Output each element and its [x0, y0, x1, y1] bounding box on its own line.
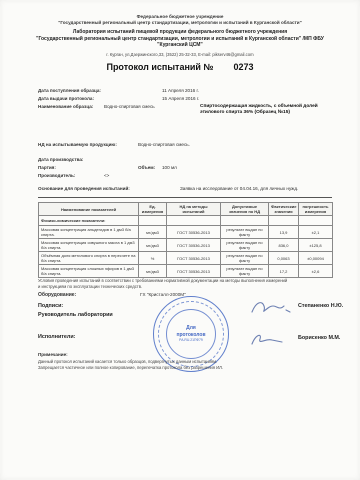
sample-name-value: Водно-спиртовая смесь — [104, 104, 155, 110]
col-header-method: НД на методы испытаний — [167, 203, 221, 216]
unit-cell: мг/дм3 — [139, 239, 167, 252]
method-cell: ГОСТ 30536-2013 — [167, 265, 221, 278]
row-date-issued: Дата выдачи протокола: 15 Апреля 2016 г. — [38, 96, 336, 104]
actual-cell: 0,0063 — [269, 252, 299, 265]
note-block: Примечание: Данный протокол испытаний ка… — [38, 352, 336, 371]
empty-cell — [269, 216, 299, 226]
method-cell: ГОСТ 30536-2013 — [167, 226, 221, 239]
volume-label: Объем: — [138, 165, 155, 171]
equipment-label: Оборудование: — [38, 292, 76, 298]
executor-signature — [246, 330, 290, 348]
allowed-cell: результат выдан по факту — [221, 265, 269, 278]
error-cell: ±0,00094 — [299, 252, 333, 265]
empty-cell — [167, 216, 221, 226]
head-name: Степаненко Н.Ю. — [298, 303, 343, 309]
batch-label: Партия: — [38, 165, 56, 171]
document-title: Протокол испытаний № 0273 — [20, 62, 340, 72]
org-line-4: "Государственный региональный центр стан… — [30, 36, 330, 49]
date-issued-label: Дата выдачи протокола: — [38, 96, 94, 102]
error-cell: ±2,6 — [299, 265, 333, 278]
col-header-actual: Фактические значения — [269, 203, 299, 216]
divider-line — [38, 197, 332, 198]
protocol-document: Федеральное бюджетное учреждение "Госуда… — [0, 0, 360, 480]
title-text: Протокол испытаний № — [106, 62, 213, 72]
method-cell: ГОСТ 30536-2013 — [167, 239, 221, 252]
unit-cell: % — [139, 252, 167, 265]
sample-info: Дата поступления образца: 11 Апреля 2016… — [38, 88, 336, 209]
row-production-date: Дата производства: — [38, 157, 336, 165]
nd-value: Водно-спиртовая смесь. — [138, 142, 190, 148]
col-header-allowed: Допустимые значения по НД — [221, 203, 269, 216]
head-signature — [248, 298, 294, 316]
manufacturer-label: Производитель: — [38, 173, 75, 179]
volume-value: 100 мл — [162, 165, 177, 171]
row-manufacturer: Производитель: <> — [38, 173, 336, 186]
date-issued-value: 15 Апреля 2016 г. — [162, 96, 199, 102]
sample-description: Спиртосодержащая жидкость, с объемной до… — [200, 104, 336, 117]
actual-cell: 13,9 — [269, 226, 299, 239]
row-batch-volume: Партия: Объем: 100 мл — [38, 165, 336, 173]
basis-value: Заявка на исследование от 04.04.16, для … — [180, 186, 298, 192]
org-line-2: "Государственный региональный центр стан… — [55, 20, 305, 26]
col-header-error: погрешность измерения — [299, 203, 333, 216]
table-header-row: Наименование показателей Ед. измерения Н… — [39, 203, 333, 216]
table-row: Массовая концентрация сложных эфиров в 1… — [39, 265, 333, 278]
basis-label: Основание для проведения испытаний: — [38, 186, 130, 192]
production-date-label: Дата производства: — [38, 157, 83, 163]
unit-cell: мг/дм3 — [139, 265, 167, 278]
executor-name: Борисенко М.М. — [298, 335, 340, 341]
col-header-indicator: Наименование показателей — [39, 203, 139, 216]
table-section-row: Физико-химические показатели: — [39, 216, 333, 226]
allowed-cell: результат выдан по факту — [221, 239, 269, 252]
table-row: Объёмная доля метилового спирта в пересч… — [39, 252, 333, 265]
error-cell: ±2,1 — [299, 226, 333, 239]
protocol-number: 0273 — [233, 62, 253, 72]
sample-name-label: Наименование образца: — [38, 104, 93, 110]
col-header-unit: Ед. измерения — [139, 203, 167, 216]
table-row: Массовая концентрация альдегидов в 1 дм3… — [39, 226, 333, 239]
indicator-name: Объёмная доля метилового спирта в пересч… — [39, 252, 139, 265]
row-sample-name: Наименование образца: Водно-спиртовая см… — [38, 104, 336, 142]
date-received-label: Дата поступления образца: — [38, 88, 101, 94]
org-address: г. Курган, ул.Дзержинского,33, (3522) 25… — [20, 52, 340, 57]
error-cell: ±125,8 — [299, 239, 333, 252]
allowed-cell: результат выдан по факту — [221, 252, 269, 265]
results-table: Наименование показателей Ед. измерения Н… — [38, 202, 333, 278]
row-nd: НД на испытываемую продукцию: Водно-спир… — [38, 142, 336, 157]
note-line-2: Запрещается частичное или полное копиров… — [38, 365, 336, 371]
equipment-row: Оборудование: ГХ "Кристалл-2000М" — [38, 292, 76, 298]
table-row: Массовая концентрация сивушного масла в … — [39, 239, 333, 252]
conditions-line-2: и инструкциям по эксплуатации технически… — [38, 284, 336, 290]
empty-cell — [139, 216, 167, 226]
section-label: Физико-химические показатели: — [39, 216, 139, 226]
method-cell: ГОСТ 30536-2013 — [167, 252, 221, 265]
empty-cell — [299, 216, 333, 226]
manufacturer-value: <> — [104, 173, 109, 179]
actual-cell: 836,0 — [269, 239, 299, 252]
allowed-cell: результат выдан по факту — [221, 226, 269, 239]
test-conditions-note: Условия проведения испытаний в соответст… — [38, 278, 336, 289]
row-basis: Основание для проведения испытаний: Заяв… — [38, 186, 336, 201]
unit-cell: мг/дм3 — [139, 226, 167, 239]
indicator-name: Массовая концентрация сложных эфиров в 1… — [39, 265, 139, 278]
indicator-name: Массовая концентрация альдегидов в 1 дм3… — [39, 226, 139, 239]
note-label: Примечание: — [38, 352, 336, 359]
empty-cell — [221, 216, 269, 226]
row-date-received: Дата поступления образца: 11 Апреля 2016… — [38, 88, 336, 96]
nd-label: НД на испытываемую продукцию: — [38, 142, 117, 148]
indicator-name: Массовая концентрация сивушного масла в … — [39, 239, 139, 252]
equipment-value: ГХ "Кристалл-2000М" — [140, 292, 186, 297]
document-header: Федеральное бюджетное учреждение "Госуда… — [20, 14, 340, 72]
date-received-value: 11 Апреля 2016 г. — [162, 88, 199, 94]
actual-cell: 17,2 — [269, 265, 299, 278]
